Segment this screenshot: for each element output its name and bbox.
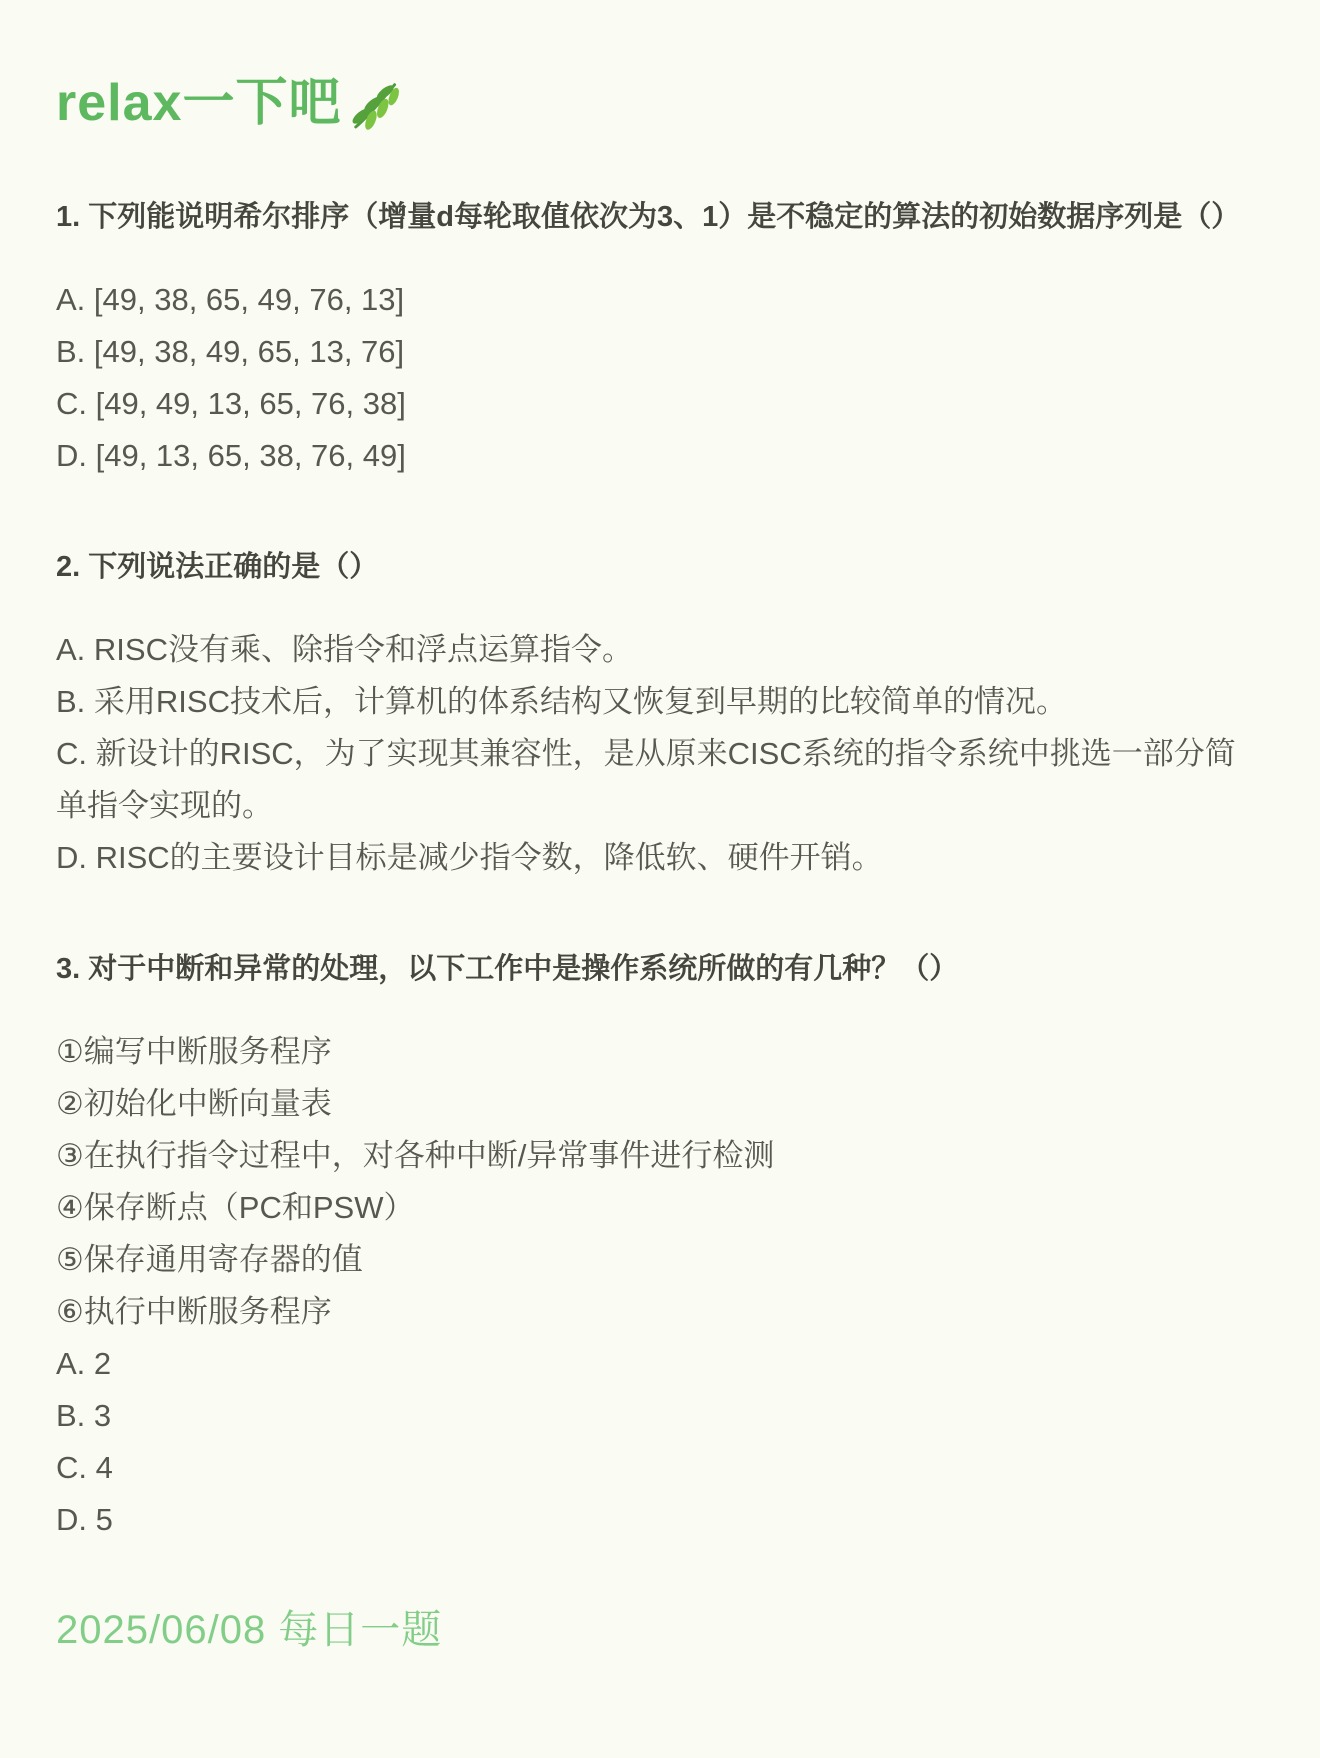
- option: A. [49, 38, 65, 49, 76, 13]: [56, 274, 1256, 326]
- option: C. [49, 49, 13, 65, 76, 38]: [56, 378, 1256, 430]
- numbered-item: ③在执行指令过程中，对各种中断/异常事件进行检测: [56, 1130, 1256, 1182]
- numbered-items-list: ①编写中断服务程序 ②初始化中断向量表 ③在执行指令过程中，对各种中断/异常事件…: [56, 1026, 1256, 1338]
- question-block-2: 2. 下列说法正确的是（） A. RISC没有乘、除指令和浮点运算指令。 B. …: [56, 544, 1256, 884]
- option: D. 5: [56, 1494, 1256, 1546]
- option: C. 新设计的RISC，为了实现其兼容性，是从原来CISC系统的指令系统中挑选一…: [56, 728, 1256, 832]
- option: B. 3: [56, 1390, 1256, 1442]
- options-list: A. 2 B. 3 C. 4 D. 5: [56, 1338, 1256, 1546]
- option: A. RISC没有乘、除指令和浮点运算指令。: [56, 624, 1256, 676]
- numbered-item: ①编写中断服务程序: [56, 1026, 1256, 1078]
- numbered-item: ②初始化中断向量表: [56, 1078, 1256, 1130]
- option: B. [49, 38, 49, 65, 13, 76]: [56, 326, 1256, 378]
- question-stem: 3. 对于中断和异常的处理，以下工作中是操作系统所做的有几种？（）: [56, 946, 1256, 992]
- option: D. RISC的主要设计目标是减少指令数，降低软、硬件开销。: [56, 832, 1256, 884]
- numbered-item: ④保存断点（PC和PSW）: [56, 1182, 1256, 1234]
- option: D. [49, 13, 65, 38, 76, 49]: [56, 430, 1256, 482]
- numbered-item: ⑥执行中断服务程序: [56, 1286, 1256, 1338]
- options-list: A. [49, 38, 65, 49, 76, 13] B. [49, 38, …: [56, 274, 1256, 482]
- numbered-item: ⑤保存通用寄存器的值: [56, 1234, 1256, 1286]
- options-list: A. RISC没有乘、除指令和浮点运算指令。 B. 采用RISC技术后，计算机的…: [56, 624, 1256, 884]
- page: relax一下吧 1. 下列能说明希尔排序（增量d每轮取值依次为3、1）是不稳定…: [0, 0, 1320, 1758]
- option: C. 4: [56, 1442, 1256, 1494]
- option: B. 采用RISC技术后，计算机的体系结构又恢复到早期的比较简单的情况。: [56, 676, 1256, 728]
- question-block-3: 3. 对于中断和异常的处理，以下工作中是操作系统所做的有几种？（） ①编写中断服…: [56, 946, 1256, 1546]
- question-stem: 2. 下列说法正确的是（）: [56, 544, 1256, 590]
- herb-leaf-icon: [349, 78, 403, 132]
- footer-date: 2025/06/08 每日一题: [56, 1598, 1256, 1655]
- page-title: relax一下吧: [56, 74, 1256, 132]
- question-block-1: 1. 下列能说明希尔排序（增量d每轮取值依次为3、1）是不稳定的算法的初始数据序…: [56, 194, 1256, 482]
- page-title-text: relax一下吧: [56, 76, 341, 131]
- question-stem: 1. 下列能说明希尔排序（增量d每轮取值依次为3、1）是不稳定的算法的初始数据序…: [56, 194, 1256, 240]
- option: A. 2: [56, 1338, 1256, 1390]
